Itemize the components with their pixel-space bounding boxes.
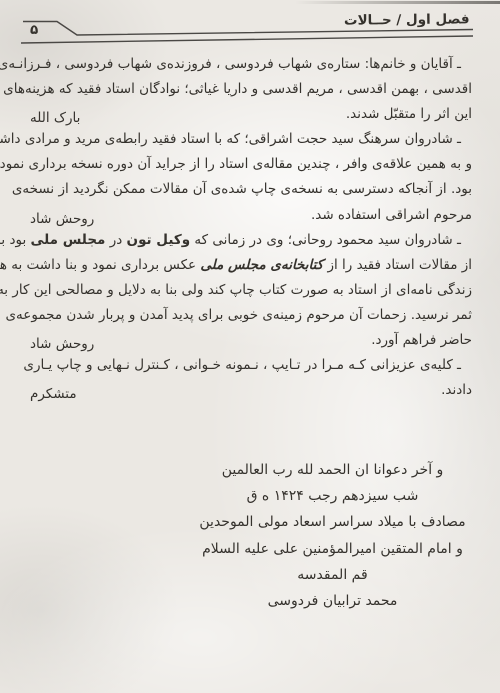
text-line: و به همین علاقه‌ی وافر ، چندین مقاله‌ی ا… <box>28 152 472 177</box>
colophon-line: محمد ترابیان فردوسی <box>180 588 485 614</box>
chapter-title: فصل اول / حــالات <box>344 11 470 28</box>
margin-note: روحش شاد <box>30 209 94 229</box>
text-segment: دادند. <box>441 382 472 398</box>
text-segment: این اثر را متقبّل شدند. <box>346 106 472 122</box>
text-segment: زندگی نامه‌ای از استاد به صورت کتاب چاپ … <box>0 282 472 298</box>
text-line: ـ آقایان و خانم‌ها: ستاره‌ی شهاب فردوسی … <box>28 52 472 77</box>
text-segment: مجلس ملی <box>31 232 106 248</box>
page-number: ۵ <box>30 22 38 38</box>
margin-note: بارک الله <box>30 108 80 128</box>
text-line: ـ شادروان سرهنگ سید حجت اشراقی؛ که با اس… <box>28 127 472 152</box>
margin-note: متشکرم <box>30 384 77 404</box>
text-segment: بود بسیاری <box>0 232 31 248</box>
text-line: ـ شادروان سید محمود روحانی؛ وی در زمانی … <box>28 228 472 253</box>
margin-note: روحش شاد <box>30 334 94 354</box>
text-segment: ـ شادروان سید محمود روحانی؛ وی در زمانی … <box>190 232 461 248</box>
text-segment: عکس برداری نمود و بنا داشت به همراه <box>0 257 200 273</box>
body-text: ـ آقایان و خانم‌ها: ستاره‌ی شهاب فردوسی … <box>28 52 472 403</box>
text-line: دادند.متشکرم <box>28 378 472 403</box>
text-segment: ـ آقایان و خانم‌ها: ستاره‌ی شهاب فردوسی … <box>0 56 461 72</box>
colophon-line: و آخر دعوانا ان الحمد لله رب العالمین <box>180 457 485 483</box>
text-segment: ـ شادروان سرهنگ سید حجت اشراقی؛ که با اس… <box>0 131 461 147</box>
text-line: این اثر را متقبّل شدند.بارک الله <box>28 102 472 127</box>
text-line: مرحوم اشراقی استفاده شد.روحش شاد <box>28 203 472 228</box>
scanned-book-page: فصل اول / حــالات ۵ ـ آقایان و خانم‌ها: … <box>0 0 500 693</box>
colophon-line: شب سیزدهم رجب ۱۴۲۴ ه ق <box>180 483 485 509</box>
text-segment: وکیل تون <box>127 232 191 248</box>
colophon: و آخر دعوانا ان الحمد لله رب العالمینشب … <box>180 457 485 614</box>
text-segment: در <box>105 232 126 248</box>
text-segment: اقدسی ، بهمن اقدسی ، مریم اقدسی و داریا … <box>0 81 472 97</box>
text-line: ـ کلیه‌ی عزیزانی کـه مـرا در تـایپ ، نـم… <box>28 353 472 378</box>
text-segment: مرحوم اشراقی استفاده شد. <box>311 207 472 223</box>
text-segment: ثمر نرسید. زحمات آن مرحوم زمینه‌ی خوبی ب… <box>5 307 472 323</box>
text-segment: کتابخانه‌ی مجلس ملی <box>200 257 323 273</box>
text-line: زندگی نامه‌ای از استاد به صورت کتاب چاپ … <box>28 278 472 303</box>
colophon-line: قم المقدسه <box>180 562 485 588</box>
text-segment: از مقالات استاد فقید را از <box>323 257 472 273</box>
text-segment: و به همین علاقه‌ی وافر ، چندین مقاله‌ی ا… <box>0 156 472 172</box>
text-segment: بود. از آنجاکه دسترسی به نسخه‌ی چاپ شده‌… <box>12 181 472 197</box>
text-line: حاضر فراهم آورد.روحش شاد <box>28 328 472 353</box>
colophon-line: و امام المتقین امیرالمؤمنین علی علیه الس… <box>180 536 485 562</box>
text-line: اقدسی ، بهمن اقدسی ، مریم اقدسی و داریا … <box>28 77 472 102</box>
text-line: ثمر نرسید. زحمات آن مرحوم زمینه‌ی خوبی ب… <box>28 303 472 328</box>
colophon-line: مصادف با میلاد سراسر اسعاد مولی الموحدین <box>180 509 485 535</box>
text-line: بود. از آنجاکه دسترسی به نسخه‌ی چاپ شده‌… <box>28 177 472 202</box>
text-segment: ـ کلیه‌ی عزیزانی کـه مـرا در تـایپ ، نـم… <box>23 357 461 373</box>
text-segment: حاضر فراهم آورد. <box>371 332 472 348</box>
text-line: از مقالات استاد فقید را از کتابخانه‌ی مج… <box>28 253 472 278</box>
